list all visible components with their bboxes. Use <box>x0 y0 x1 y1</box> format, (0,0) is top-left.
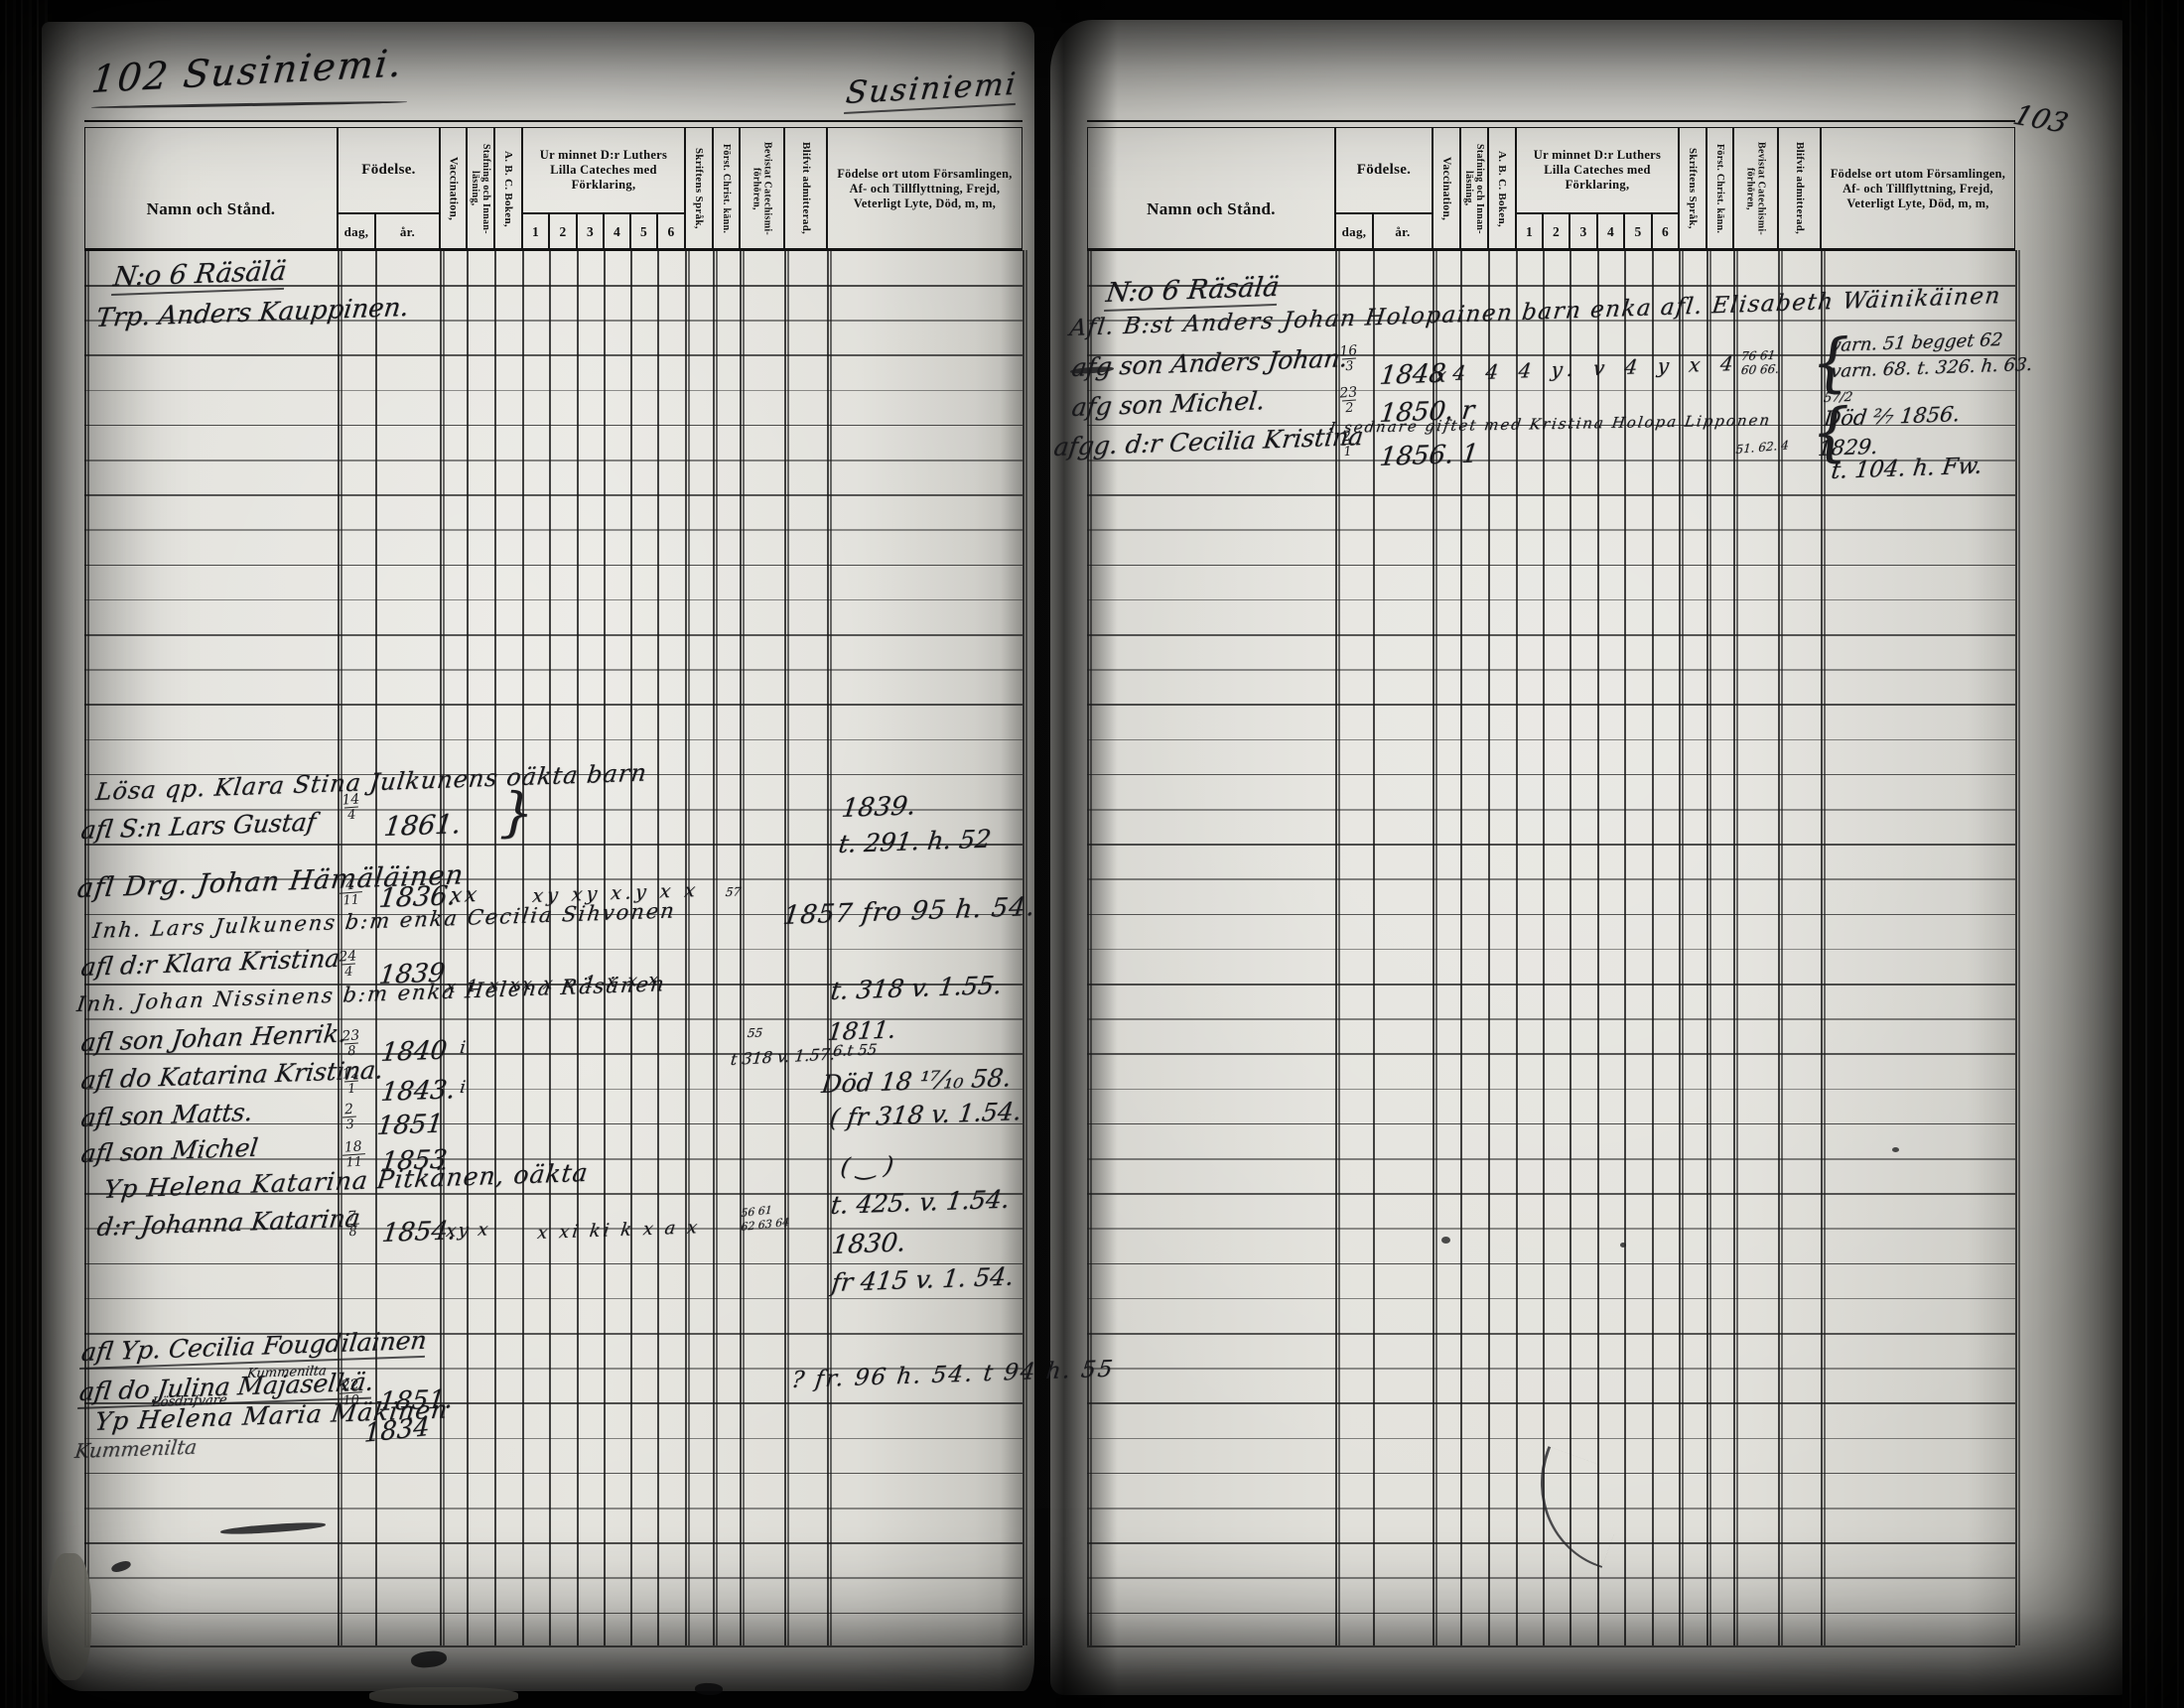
grid-line <box>84 390 1023 392</box>
grid-line <box>1087 565 2015 567</box>
grid-line <box>2015 250 2017 1645</box>
handwritten-entry: afl son Matts. <box>79 1098 254 1132</box>
cateches-col-5: 5 <box>1624 213 1652 250</box>
grid-line <box>84 1438 1023 1440</box>
grid-line <box>1087 1228 2015 1230</box>
date-fraction: 411 <box>339 878 363 909</box>
handwritten-entry: 1851 <box>375 1110 445 1141</box>
handwritten-entry: 57/2 <box>1823 390 1853 406</box>
column-header-notes: Födelse ort utom Församlingen, Af- och T… <box>1821 127 2015 250</box>
handwritten-entry: 1839. <box>840 791 917 824</box>
grid-line <box>84 425 1023 427</box>
grid-line <box>84 460 1023 461</box>
grid-line <box>84 1577 1023 1579</box>
column-header-admitterad: Blifvit admitterad, <box>784 127 827 250</box>
page-edge-sliver <box>369 1687 518 1705</box>
cateches-col-1: 1 <box>522 213 549 250</box>
cateches-col-2: 2 <box>549 213 577 250</box>
grid-line <box>84 739 1023 741</box>
handwritten-entry: 1840 <box>379 1036 449 1068</box>
handwritten-entry: 55 <box>747 1025 763 1040</box>
handwritten-entry: t. 104. h. Fw. <box>1830 454 1983 484</box>
grid-line <box>1087 809 2015 811</box>
grid-line <box>1087 1368 2015 1370</box>
grid-line <box>84 1298 1023 1300</box>
handwritten-entry: t. 318 v. 1.55. <box>829 971 1004 1005</box>
handwritten-entry: xy x <box>445 1219 491 1242</box>
grid-line <box>1087 599 2015 601</box>
handwritten-entry: t. 291. h. 52 <box>837 825 993 858</box>
column-header-forst: Först. Christ. känn. <box>1706 127 1733 250</box>
handwritten-entry: N:o 6 Räsälä <box>1104 272 1281 312</box>
column-header-forst: Först. Christ. känn. <box>713 127 740 250</box>
ink-smudge <box>695 1683 723 1696</box>
date-fraction: 163 <box>1339 344 1359 374</box>
date-fraction: 23 <box>341 1104 357 1133</box>
grid-line <box>84 1542 1023 1544</box>
grid-line <box>1087 1089 2015 1091</box>
grid-line <box>1087 984 2015 985</box>
grid-line <box>1087 1402 2015 1404</box>
grid-line <box>1087 1193 2015 1195</box>
grid-line <box>84 1053 1023 1055</box>
grid-line <box>1087 844 2015 846</box>
cateches-col-6: 6 <box>657 213 685 250</box>
column-header-skriftens: Skriftens Språk, <box>1679 127 1706 250</box>
date-fraction: 144 <box>341 793 361 823</box>
grid-line <box>84 1263 1023 1265</box>
handwritten-entry: 1856. 1 <box>1378 439 1480 472</box>
cateches-col-3: 3 <box>1570 213 1597 250</box>
grid-line <box>1087 1158 2015 1160</box>
grid-line <box>1023 250 1024 1645</box>
grid-line <box>84 669 1023 671</box>
cateches-col-5: 5 <box>630 213 657 250</box>
grid-line <box>84 1613 1023 1615</box>
cateches-col-4: 4 <box>604 213 630 250</box>
grid-line <box>1087 1053 2015 1055</box>
cateches-col-3: 3 <box>577 213 604 250</box>
book-scan: Namn och Stånd. Födelse. dag, år. Vaccin… <box>0 0 2184 1708</box>
cateches-col-6: 6 <box>1652 213 1679 250</box>
date-fraction: 238 <box>341 1029 361 1059</box>
column-header-ar: år. <box>1373 213 1433 250</box>
handwritten-entry: ( ‿ ) <box>839 1151 895 1181</box>
table-top-rule <box>84 120 1023 122</box>
column-header-dag: dag, <box>338 213 375 250</box>
handwritten-entry: 1830. <box>830 1228 907 1260</box>
grid-line <box>1087 878 2015 880</box>
grid-line <box>1087 704 2015 706</box>
handwritten-entry: 1843. <box>379 1075 457 1108</box>
column-header-skriftens: Skriftens Språk, <box>685 127 713 250</box>
date-fraction: 78 <box>344 1211 360 1241</box>
column-header-abc: A. B. C. Boken, <box>1488 127 1516 250</box>
column-header-bevistat: Bevistat Catechismi-förhören, <box>1733 127 1778 250</box>
column-header-abc: A. B. C. Boken, <box>494 127 522 250</box>
handwritten-entry: N:o 6 Räsälä <box>111 256 288 296</box>
grid-line <box>84 599 1023 601</box>
grid-line <box>1087 529 2015 531</box>
cateches-col-2: 2 <box>1543 213 1570 250</box>
date-fraction: 244 <box>339 950 358 980</box>
column-header-bevistat: Bevistat Catechismi-förhören, <box>740 127 784 250</box>
grid-line <box>84 354 1023 356</box>
grid-line <box>1087 949 2015 951</box>
column-header-admitterad: Blifvit admitterad, <box>1778 127 1821 250</box>
table-top-rule <box>1087 120 2015 122</box>
grid-line <box>1087 739 2015 741</box>
handwritten-entry: 76 61 <box>1740 348 1776 363</box>
handwritten-entry: 60 66. <box>1740 362 1780 377</box>
ink-dot <box>1620 1243 1626 1248</box>
column-header-fodelse: Födelse. <box>1335 127 1433 213</box>
column-header-stafning: Stafning och Innan-läsning, <box>467 127 494 250</box>
handwritten-entry: 1861. <box>382 809 463 843</box>
column-header-cateches: Ur minnet D:r Luthers Lilla Cateches med… <box>522 127 685 213</box>
header-separator <box>1087 248 2015 251</box>
column-header-cateches: Ur minnet D:r Luthers Lilla Cateches med… <box>1516 127 1679 213</box>
grid-line <box>1087 1263 2015 1265</box>
grid-line <box>1087 1645 2015 1647</box>
column-header-namn: Namn och Stånd. <box>84 127 338 250</box>
column-header-namn: Namn och Stånd. <box>1087 127 1335 250</box>
column-header-ar: år. <box>375 213 440 250</box>
grid-line <box>1087 1542 2015 1544</box>
grid-line <box>1087 494 2015 496</box>
handwritten-entry: 57 <box>725 884 742 899</box>
cateches-col-4: 4 <box>1597 213 1624 250</box>
grid-line <box>1025 250 1027 1645</box>
grid-line <box>1087 1123 2015 1125</box>
ink-dot <box>1441 1237 1450 1244</box>
grid-line <box>1087 1333 2015 1335</box>
grid-line <box>1087 634 2015 636</box>
column-header-dag: dag, <box>1335 213 1373 250</box>
page-edge-sliver <box>48 1553 91 1680</box>
column-header-notes: Födelse ort utom Församlingen, Af- och T… <box>827 127 1023 250</box>
grid-line <box>1087 914 2015 916</box>
cateches-col-1: 1 <box>1516 213 1543 250</box>
ink-dot <box>1892 1147 1899 1152</box>
grid-line <box>84 1473 1023 1475</box>
header-separator <box>84 248 1023 251</box>
column-header-stafning: Stafning och Innan-läsning, <box>1460 127 1488 250</box>
grid-line <box>84 565 1023 567</box>
grid-line <box>84 494 1023 496</box>
grid-line <box>84 634 1023 636</box>
grid-line <box>2018 250 2020 1645</box>
column-header-vaccination: Vaccination, <box>440 127 467 250</box>
grid-line <box>84 529 1023 531</box>
handwritten-entry: Kummenilta <box>73 1435 199 1463</box>
grid-line <box>1087 669 2015 671</box>
grid-line <box>1087 1438 2015 1440</box>
handwritten-entry: 6.t 55 <box>832 1040 878 1060</box>
grid-line <box>84 1508 1023 1510</box>
date-fraction: 121 <box>341 1067 361 1097</box>
grid-line <box>1087 1018 2015 1020</box>
grid-line <box>84 704 1023 706</box>
handwritten-entry: Död ²⁄₇ 1856. <box>1823 402 1962 431</box>
grid-line <box>1087 1298 2015 1300</box>
page-right <box>1050 20 2128 1695</box>
fore-edge <box>2122 0 2184 1708</box>
column-header-vaccination: Vaccination, <box>1433 127 1460 250</box>
grid-line <box>84 1645 1023 1647</box>
date-fraction: 21 <box>1339 431 1355 460</box>
grid-line <box>1087 774 2015 776</box>
column-header-fodelse: Födelse. <box>338 127 440 213</box>
date-fraction: 232 <box>1339 386 1359 416</box>
grid-line <box>1087 1613 2015 1615</box>
grid-line <box>1087 1577 2015 1579</box>
handwritten-entry: xx <box>449 882 481 907</box>
